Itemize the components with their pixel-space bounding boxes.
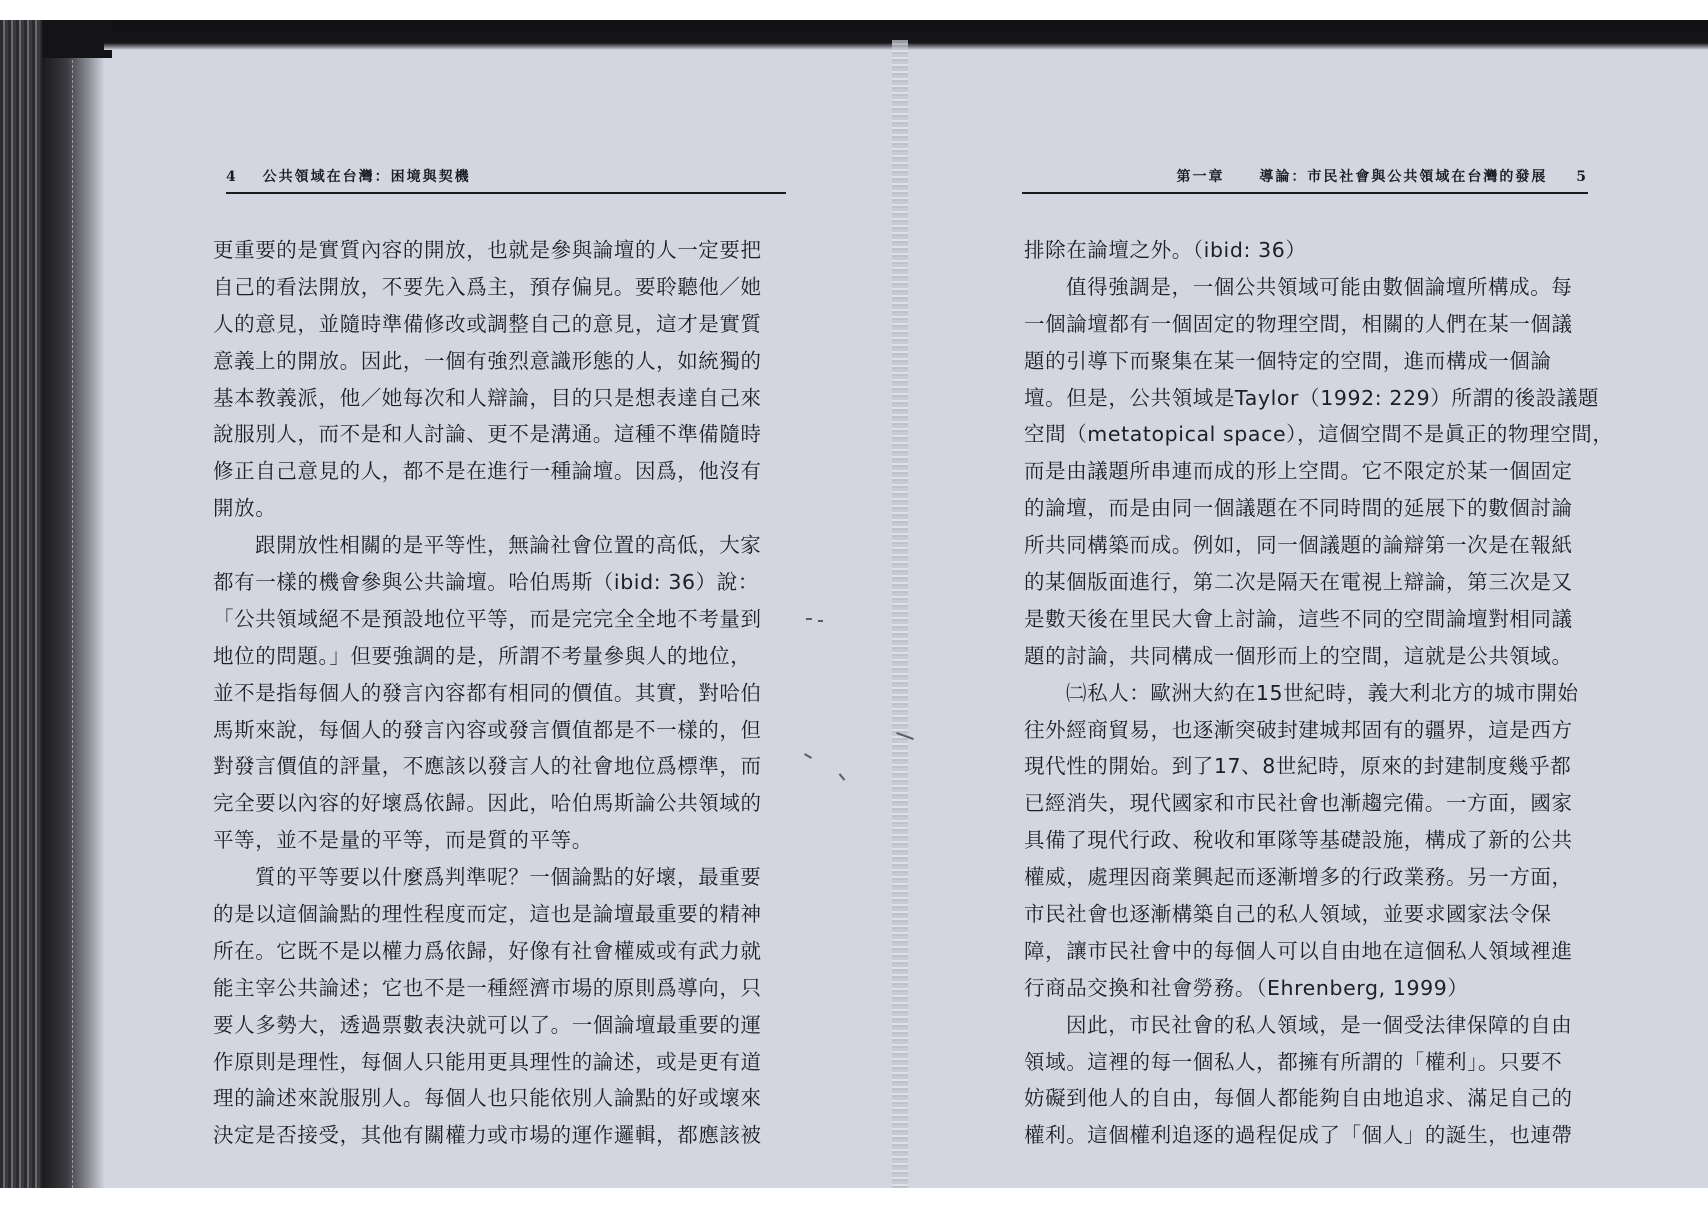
text-line: 開放。 [213, 490, 788, 527]
text-line: 並不是指每個人的發言內容都有相同的價值。其實，對哈伯 [213, 675, 788, 712]
text-line: 要人多勢大，透過票數表決就可以了。一個論壇最重要的運 [213, 1007, 788, 1044]
text-line: 已經消失，現代國家和市民社會也漸趨完備。一方面，國家 [1024, 785, 1599, 822]
text-line: 具備了現代行政、稅收和軍隊等基礎設施，構成了新的公共 [1024, 822, 1599, 859]
text-line: 能主宰公共論述；它也不是一種經濟市場的原則爲導向，只 [213, 970, 788, 1007]
text-line: 領域。這裡的每一個私人，都擁有所謂的「權利」。只要不 [1024, 1044, 1599, 1081]
text-line: 更重要的是實質內容的開放，也就是參與論壇的人一定要把 [213, 232, 788, 269]
scan-speck [806, 618, 812, 620]
text-line: 修正自己意見的人，都不是在進行一種論壇。因爲，他沒有 [213, 453, 788, 490]
text-line: 地位的問題。」但要強調的是，所謂不考量參與人的地位， [213, 638, 788, 675]
text-line: ㈡私人：歐洲大約在15世紀時，義大利北方的城市開始 [1024, 675, 1599, 712]
text-line: 一個論壇都有一個固定的物理空間，相關的人們在某一個議 [1024, 306, 1599, 343]
text-line: 決定是否接受，其他有關權力或市場的運作邏輯，都應該被 [213, 1117, 788, 1154]
text-line: 人的意見，並隨時準備修改或調整自己的意見，這才是實質 [213, 306, 788, 343]
text-line: 壇。但是，公共領域是Taylor（1992: 229）所謂的後設議題 [1024, 380, 1599, 417]
left-book-title: 公共領域在台灣：困境與契機 [263, 169, 471, 185]
right-page-number: 5 [1576, 169, 1588, 185]
text-line: 都有一樣的機會參與公共論壇。哈伯馬斯（ibid: 36）說： [213, 564, 788, 601]
text-line: 所共同構築而成。例如，同一個議題的論辯第一次是在報紙 [1024, 527, 1599, 564]
text-line: 意義上的開放。因此，一個有強烈意識形態的人，如統獨的 [213, 343, 788, 380]
text-line: 題的引導下而聚集在某一個特定的空間，進而構成一個論 [1024, 343, 1599, 380]
text-line: 題的討論，共同構成一個形而上的空間，這就是公共領域。 [1024, 638, 1599, 675]
text-line: 質的平等要以什麼爲判準呢？一個論點的好壞，最重要 [213, 859, 788, 896]
book-spine-edge [0, 20, 42, 1188]
text-line: 妨礙到他人的自由，每個人都能夠自由地追求、滿足自己的 [1024, 1080, 1599, 1117]
scan-top-edge [0, 20, 1708, 32]
text-line: 權利。這個權利追逐的過程促成了「個人」的誕生，也連帶 [1024, 1117, 1599, 1154]
text-line: 權威，處理因商業興起而逐漸增多的行政業務。另一方面， [1024, 859, 1599, 896]
text-line: 的論壇，而是由同一個議題在不同時間的延展下的數個討論 [1024, 490, 1599, 527]
text-line: 跟開放性相關的是平等性，無論社會位置的高低，大家 [213, 527, 788, 564]
text-line: 「公共領域絕不是預設地位平等，而是完完全全地不考量到 [213, 601, 788, 638]
text-line: 理的論述來說服別人。每個人也只能依別人論點的好或壞來 [213, 1080, 788, 1117]
chapter-label: 第一章 [1177, 169, 1225, 185]
binding-corner-shadow [42, 20, 112, 58]
left-running-head: 4 公共領域在台灣：困境與契機 [226, 166, 786, 194]
text-line: 自己的看法開放，不要先入爲主，預存偏見。要聆聽他／她 [213, 269, 788, 306]
text-line: 是數天後在里民大會上討論，這些不同的空間論壇對相同議 [1024, 601, 1599, 638]
text-line: 平等，並不是量的平等，而是質的平等。 [213, 822, 788, 859]
left-page-number: 4 [226, 169, 238, 185]
right-running-head: 第一章 導論：市民社會與公共領域在台灣的發展 5 [1022, 166, 1588, 194]
scan-speck [818, 620, 823, 622]
text-line: 基本教義派，他／她每次和人辯論，目的只是想表達自己來 [213, 380, 788, 417]
text-line: 說服別人，而不是和人討論、更不是溝通。這種不準備隨時 [213, 416, 788, 453]
text-line: 因此，市民社會的私人領域，是一個受法律保障的自由 [1024, 1007, 1599, 1044]
text-line: 作原則是理性，每個人只能用更具理性的論述，或是更有道 [213, 1044, 788, 1081]
text-line: 對發言價值的評量，不應該以發言人的社會地位爲標準，而 [213, 748, 788, 785]
text-line: 的某個版面進行，第二次是隔天在電視上辯論，第三次是又 [1024, 564, 1599, 601]
text-line: 值得強調是，一個公共領域可能由數個論壇所構成。每 [1024, 269, 1599, 306]
left-page-body: 更重要的是實質內容的開放，也就是參與論壇的人一定要把自己的看法開放，不要先入爲主… [213, 232, 788, 1154]
text-line: 而是由議題所串連而成的形上空間。它不限定於某一個固定 [1024, 453, 1599, 490]
text-line: 行商品交換和社會勞務。（Ehrenberg, 1999） [1024, 970, 1599, 1007]
center-gutter [892, 40, 908, 1188]
page-edge-line [72, 60, 74, 1188]
right-page-body: 排除在論壇之外。（ibid: 36）值得強調是，一個公共領域可能由數個論壇所構成… [1024, 232, 1599, 1154]
text-line: 所在。它既不是以權力爲依歸，好像有社會權威或有武力就 [213, 933, 788, 970]
text-line: 現代性的開始。到了17、8世紀時，原來的封建制度幾乎都 [1024, 748, 1599, 785]
chapter-title: 導論：市民社會與公共領域在台灣的發展 [1259, 169, 1547, 185]
text-line: 排除在論壇之外。（ibid: 36） [1024, 232, 1599, 269]
text-line: 市民社會也逐漸構築自己的私人領域，並要求國家法令保 [1024, 896, 1599, 933]
text-line: 往外經商貿易，也逐漸突破封建城邦固有的疆界，這是西方 [1024, 712, 1599, 749]
text-line: 障，讓市民社會中的每個人可以自由地在這個私人領域裡進 [1024, 933, 1599, 970]
text-line: 馬斯來說，每個人的發言內容或發言價值都是不一樣的，但 [213, 712, 788, 749]
text-line: 的是以這個論點的理性程度而定，這也是論壇最重要的精神 [213, 896, 788, 933]
text-line: 空間（metatopical space），這個空間不是眞正的物理空間， [1024, 416, 1599, 453]
text-line: 完全要以內容的好壞爲依歸。因此，哈伯馬斯論公共領域的 [213, 785, 788, 822]
